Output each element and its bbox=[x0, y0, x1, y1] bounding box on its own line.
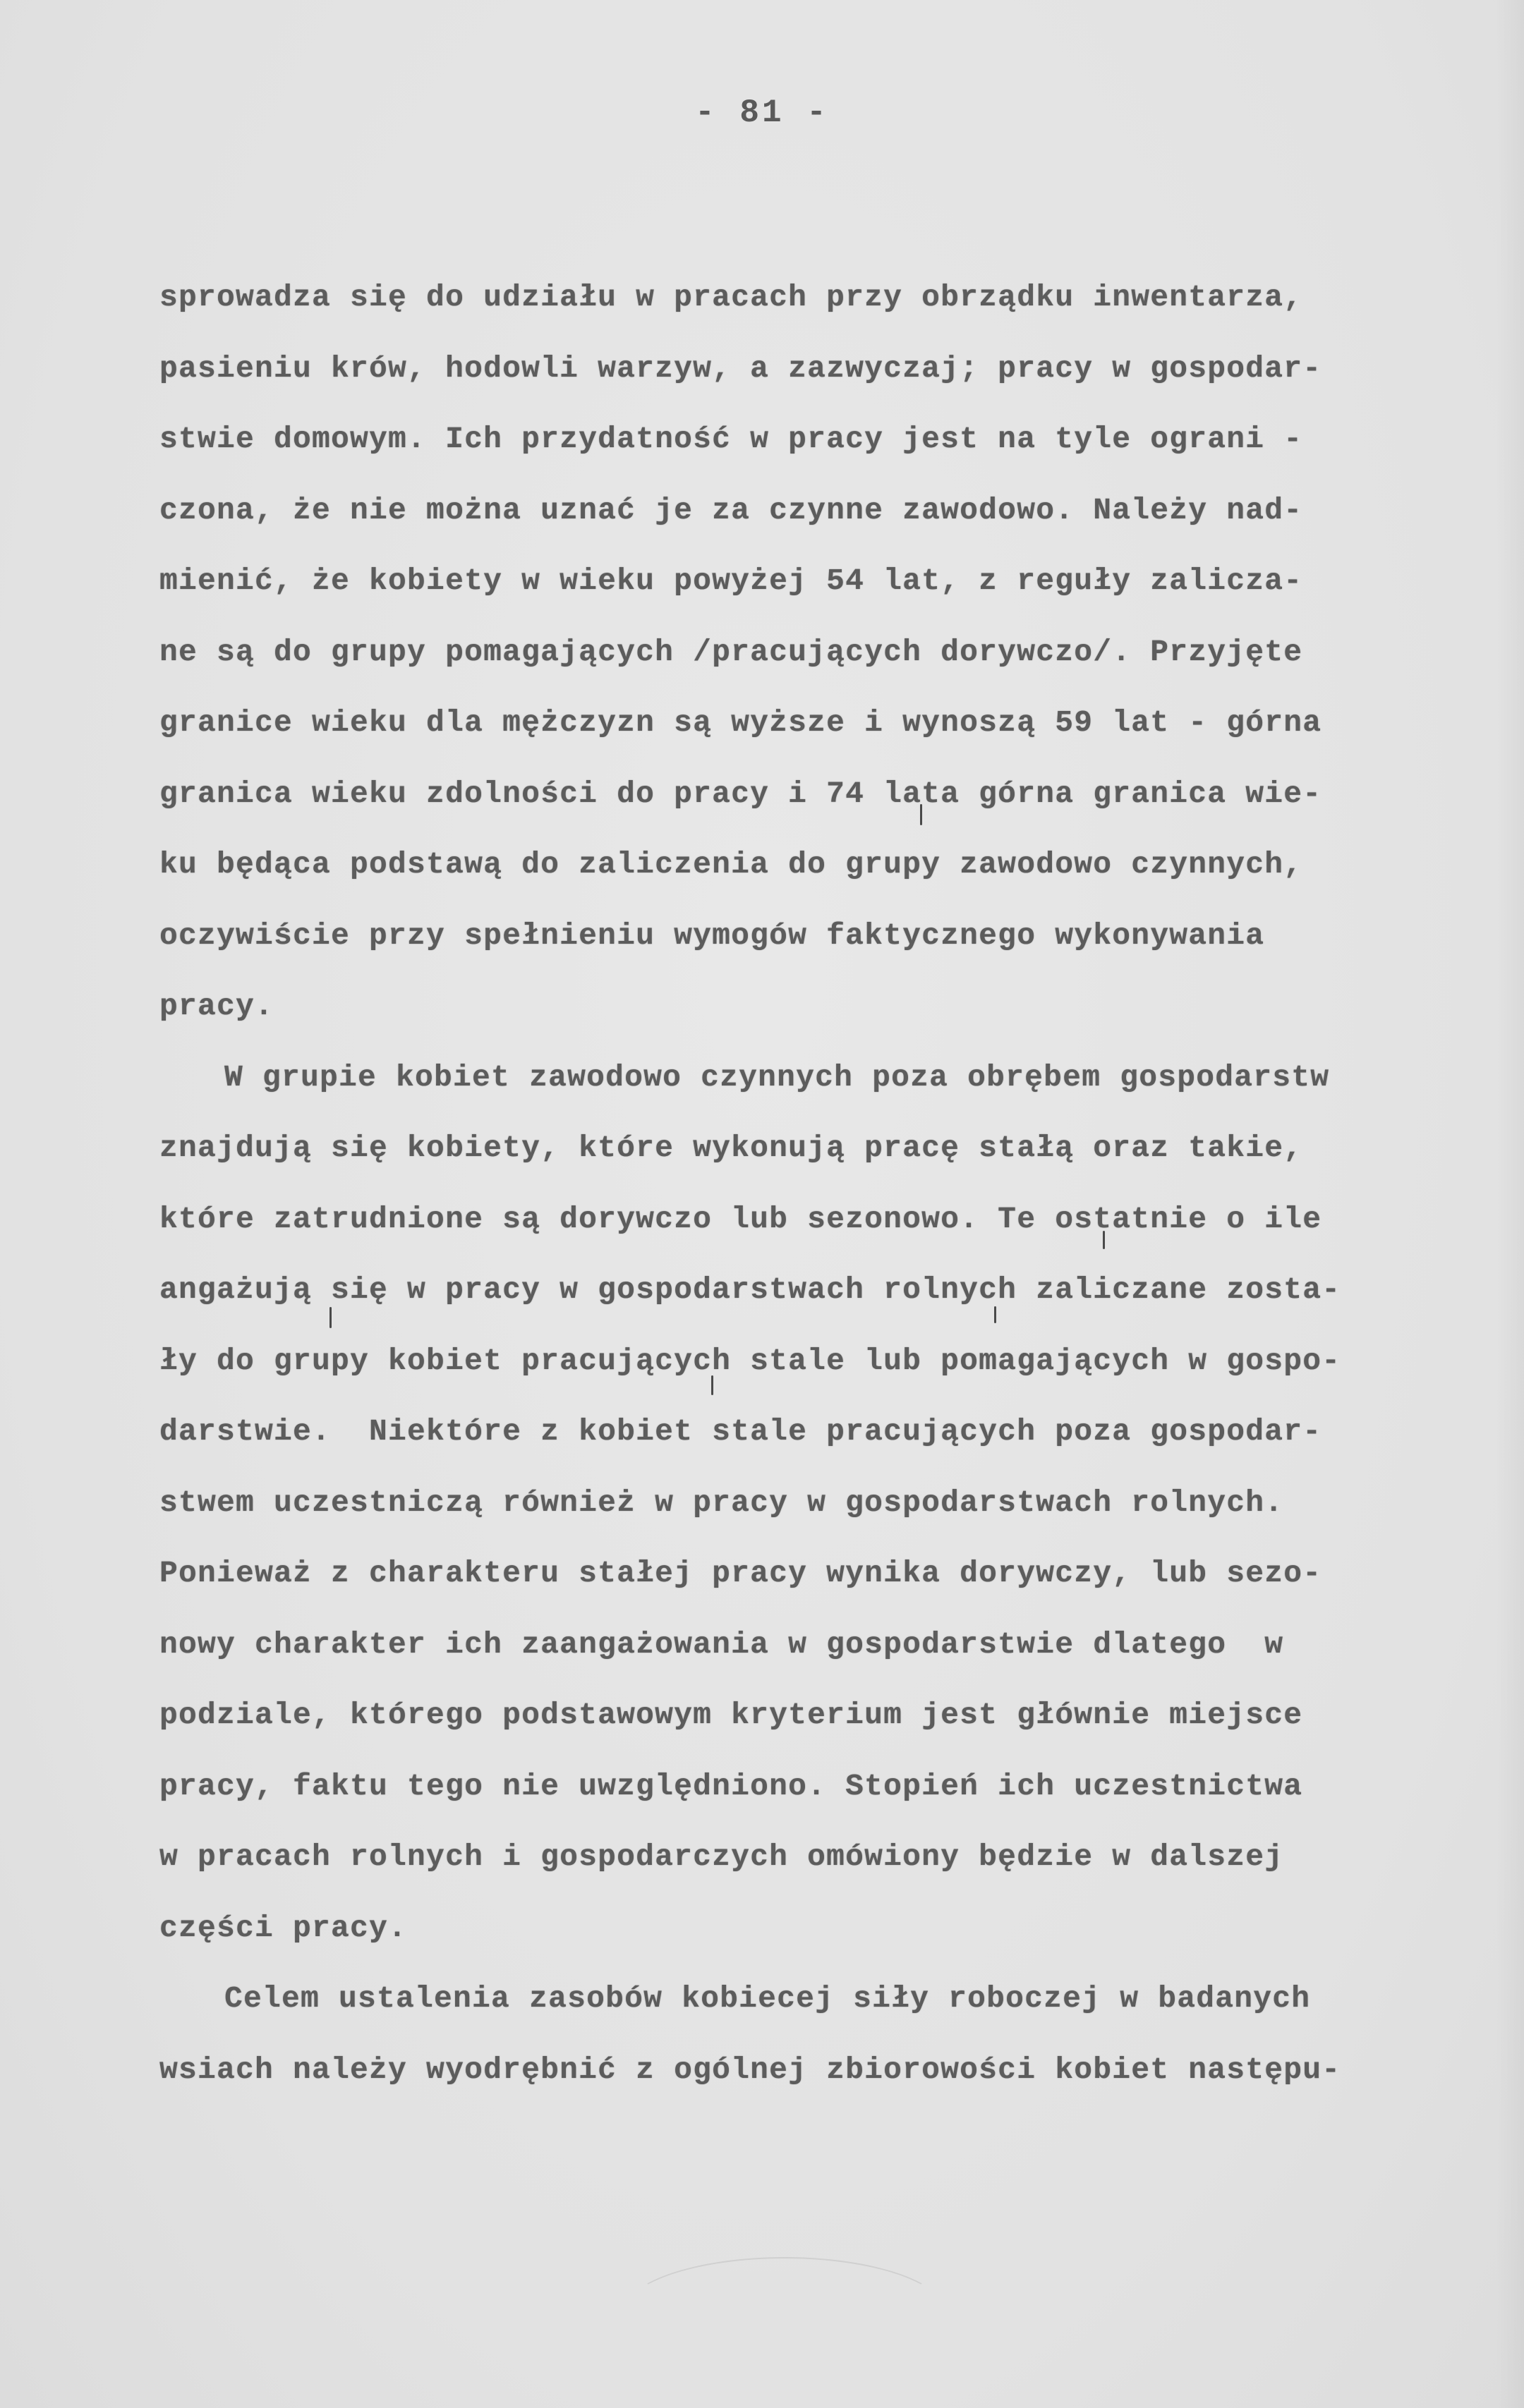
handwritten-comma-mark bbox=[329, 1307, 332, 1328]
paragraph-start-line: Celem ustalenia zasobów kobiecej siły ro… bbox=[159, 1978, 1486, 2049]
paper-scratch bbox=[621, 2257, 948, 2373]
text-line: Ponieważ z charakteru stałej pracy wynik… bbox=[159, 1552, 1486, 1624]
text-line: które zatrudnione są dorywczo lub sezono… bbox=[159, 1198, 1486, 1270]
handwritten-comma-mark bbox=[920, 804, 922, 825]
text-line: czona, że nie można uznać je za czynne z… bbox=[159, 489, 1486, 561]
text-line: oczywiście przy spełnieniu wymogów fakty… bbox=[159, 915, 1486, 986]
document-page: - 81 - sprowadza się do udziału w pracac… bbox=[0, 0, 1524, 2408]
text-line: angażują się w pracy w gospodarstwach ro… bbox=[159, 1269, 1486, 1340]
text-line: mienić, że kobiety w wieku powyżej 54 la… bbox=[159, 560, 1486, 631]
text-line: granice wieku dla mężczyzn są wyższe i w… bbox=[159, 702, 1486, 773]
text-line: w pracach rolnych i gospodarczych omówio… bbox=[159, 1836, 1486, 1907]
text-line: stwem uczestniczą również w pracy w gosp… bbox=[159, 1482, 1486, 1553]
text-line: ne są do grupy pomagających /pracujących… bbox=[159, 631, 1486, 703]
text-line: granica wieku zdolności do pracy i 74 la… bbox=[159, 773, 1486, 844]
handwritten-comma-mark bbox=[711, 1375, 713, 1395]
text-line: pracy. bbox=[159, 985, 1486, 1057]
text-line: wsiach należy wyodrębnić z ogólnej zbior… bbox=[159, 2049, 1486, 2120]
text-line: części pracy. bbox=[159, 1907, 1486, 1978]
text-line: darstwie. Niektóre z kobiet stale pracuj… bbox=[159, 1411, 1486, 1482]
handwritten-comma-mark bbox=[994, 1306, 996, 1323]
paragraph-start-line: W grupie kobiet zawodowo czynnych poza o… bbox=[159, 1057, 1486, 1128]
text-line: znajdują się kobiety, które wykonują pra… bbox=[159, 1127, 1486, 1198]
text-line: nowy charakter ich zaangażowania w gospo… bbox=[159, 1624, 1486, 1695]
text-line: stwie domowym. Ich przydatność w pracy j… bbox=[159, 418, 1486, 489]
text-line: pracy, faktu tego nie uwzględniono. Stop… bbox=[159, 1765, 1486, 1837]
page-edge-shadow bbox=[1496, 0, 1524, 2408]
page-number: - 81 - bbox=[0, 95, 1524, 131]
text-line: podziale, którego podstawowym kryterium … bbox=[159, 1694, 1486, 1765]
text-line: ku będąca podstawą do zaliczenia do grup… bbox=[159, 844, 1486, 915]
text-line: ły do grupy kobiet pracujących stale lub… bbox=[159, 1340, 1486, 1411]
body-text: sprowadza się do udziału w pracach przy … bbox=[159, 276, 1486, 2120]
handwritten-comma-mark bbox=[1103, 1231, 1105, 1249]
text-line: sprowadza się do udziału w pracach przy … bbox=[159, 276, 1486, 348]
text-line: pasieniu krów, hodowli warzyw, a zazwycz… bbox=[159, 348, 1486, 419]
